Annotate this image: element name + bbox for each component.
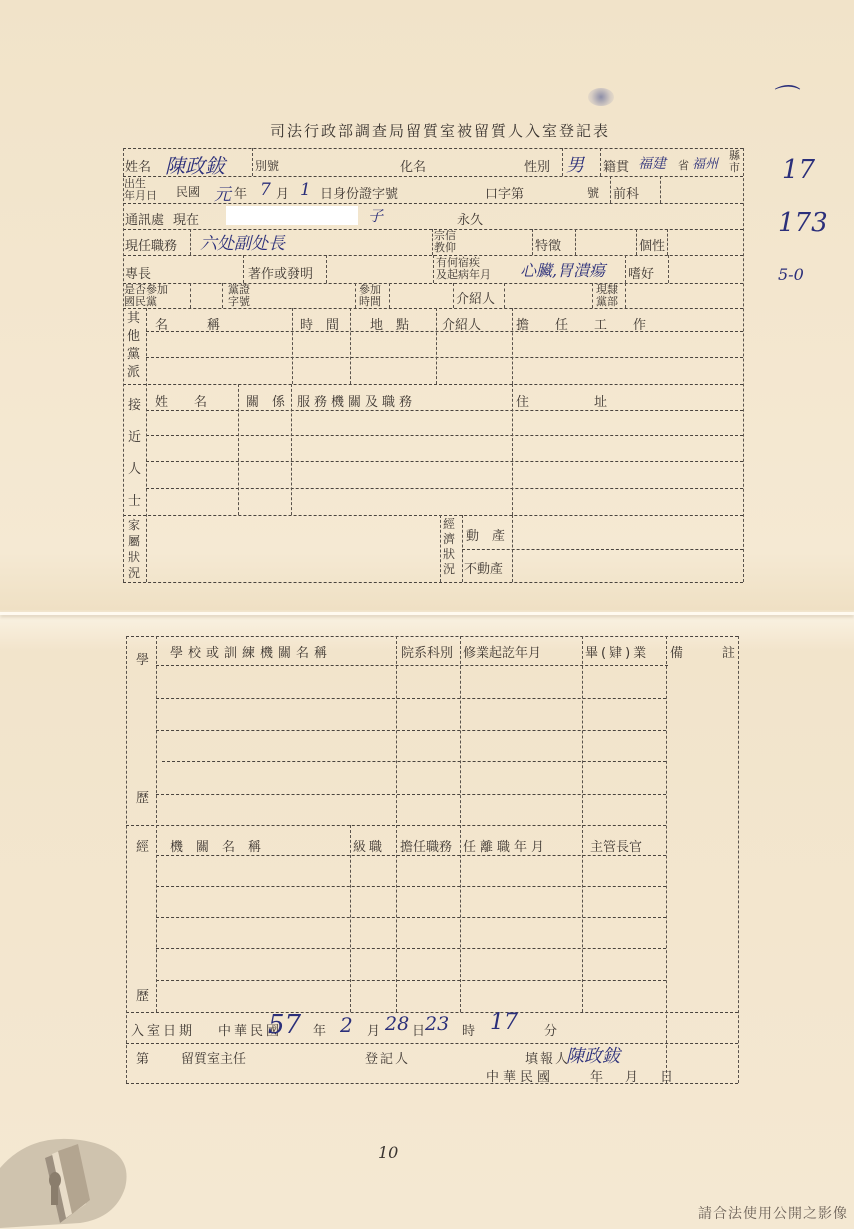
permanent-address-label: 永久 (457, 209, 483, 228)
birth-day-value[interactable]: 1 (300, 180, 311, 200)
archive-logo-icon (0, 1128, 140, 1228)
hobby-label: 嗜好 (628, 263, 654, 282)
party-card-label: 黨證字號 (228, 284, 250, 308)
reporter-label: 填報人 (525, 1048, 570, 1067)
education-side-bottom: 歷 (136, 787, 149, 806)
era-label: 民國 (176, 183, 200, 200)
year-label: 年 (234, 183, 247, 202)
birth-year-value[interactable]: 元 (214, 180, 231, 205)
career-header-rank: 級職 (353, 836, 385, 855)
join-time-label: 參加時間 (359, 284, 381, 308)
entry-day-value[interactable]: 28 (385, 1013, 409, 1035)
criminal-record-label: 前科 (613, 183, 639, 202)
entry-month-value[interactable]: 2 (340, 1013, 353, 1037)
other-party-header-introducer: 介紹人 (442, 314, 481, 333)
reporter-signature[interactable]: 陳政鈸 (566, 1042, 620, 1068)
other-party-header-work: 擔 任 工 作 (516, 314, 646, 333)
movable-property-label: 動 產 (466, 525, 505, 544)
current-address-label: 現在 (173, 209, 199, 228)
works-label: 著作或發明 (248, 263, 313, 282)
entry-minute-label: 分 (544, 1020, 557, 1039)
origin-province-value[interactable]: 福建 (638, 153, 666, 173)
other-party-header-time: 時 間 (300, 314, 339, 333)
entry-day-label: 日 (412, 1020, 425, 1039)
family-side-label: 家 屬 狀 況 (128, 517, 140, 581)
county-label: 縣市 (729, 150, 740, 174)
associates-header-relation: 關 係 (246, 391, 285, 410)
education-header-graduation: 畢(肄)業 (585, 642, 649, 661)
party-branch-label: 現隸黨部 (596, 284, 618, 308)
footer-year-label: 年 (590, 1066, 603, 1085)
current-job-label: 現任職務 (125, 235, 177, 254)
pseudonym-label: 化名 (400, 156, 426, 175)
career-side-bottom: 歷 (136, 985, 149, 1004)
page-number: 10 (378, 1143, 398, 1162)
margin-note-3: 5-0 (778, 265, 804, 284)
other-party-header-place: 地 點 (370, 314, 409, 333)
entry-year-label: 年 (313, 1020, 326, 1039)
economic-status-label: 經 濟 狀 況 (443, 517, 455, 577)
other-party-side-label: 其 他 黨 派 (127, 310, 140, 382)
introducer-label: 介紹人 (456, 288, 495, 307)
footer-era-label: 中華民國 (486, 1066, 554, 1085)
name-label: 姓名 (125, 156, 151, 175)
associates-side-label: 接 近 人 士 (128, 390, 141, 518)
education-header-remarks: 備 註 (670, 642, 735, 661)
entry-year-value[interactable]: 57 (268, 1010, 301, 1040)
birth-month-value[interactable]: 7 (260, 180, 271, 200)
margin-note-mark: ⌒ (770, 78, 796, 115)
margin-note-2: 173 (778, 208, 828, 238)
footer-day-label: 日 (660, 1066, 673, 1085)
disease-value[interactable]: 心臟,胃潰瘍 (520, 258, 605, 281)
religion-label: 宗信教仰 (434, 230, 456, 254)
features-label: 特徵 (535, 235, 561, 254)
career-header-tenure: 任離職年月 (463, 836, 548, 855)
paper-fold-line (0, 612, 854, 615)
education-header-school: 學校或訓練機關名稱 (170, 642, 332, 661)
sex-label: 性別 (524, 156, 550, 175)
alias-label: 別號 (255, 157, 279, 174)
redacted-address (226, 206, 358, 225)
id-suffix-label: 號 (587, 184, 599, 201)
associates-header-employer: 服務機關及職務 (297, 391, 416, 410)
usage-watermark: 請合法使用公開之影像 (698, 1203, 848, 1223)
current-job-value[interactable]: 六处副处長 (200, 229, 285, 254)
entry-date-label: 入室日期 (131, 1020, 195, 1039)
origin-county-value[interactable]: 福州 (692, 153, 718, 172)
education-header-department: 院系科別 (401, 642, 453, 661)
specialty-label: 專長 (125, 263, 151, 282)
entry-minute-value[interactable]: 17 (490, 1010, 518, 1035)
name-value[interactable]: 陳政鈸 (165, 150, 225, 179)
disease-label: 有何宿疾及起病年月 (436, 257, 491, 281)
kmt-member-label: 是否參加國民黨 (124, 284, 168, 308)
province-label: 省 (678, 157, 689, 173)
room-chief-label: 留質室主任 (181, 1048, 246, 1067)
career-header-supervisor: 主管長官 (590, 836, 642, 855)
entry-hour-value[interactable]: 23 (425, 1013, 449, 1035)
career-side-top: 經 (136, 836, 149, 855)
form-title: 司法行政部調查局留質室被留質人入室登記表 (270, 120, 610, 141)
entry-hour-label: 時 (462, 1020, 475, 1039)
footer-month-label: 月 (625, 1066, 638, 1085)
margin-note-1: 17 (782, 155, 815, 185)
associates-header-name: 姓 名 (155, 391, 207, 410)
month-label: 月 (276, 183, 289, 202)
personality-label: 個性 (639, 235, 665, 254)
entry-month-label: 月 (367, 1020, 380, 1039)
id-mid-label: 口字第 (485, 183, 524, 202)
associates-header-address: 住 址 (516, 391, 607, 410)
origin-label: 籍貫 (603, 156, 629, 175)
serial-no-label: 第 (136, 1048, 149, 1067)
contact-label: 通訊處 (125, 209, 164, 228)
day-id-label: 日身份證字號 (320, 183, 398, 202)
education-side-top: 學 (136, 649, 149, 668)
registrar-label: 登記人 (365, 1048, 410, 1067)
education-header-period: 修業起訖年月 (463, 642, 541, 661)
career-header-duty: 擔任職務 (400, 836, 452, 855)
career-header-agency: 機 關 名 稱 (170, 836, 261, 855)
sex-value[interactable]: 男 (566, 151, 584, 177)
ink-smudge (588, 88, 614, 106)
other-party-header-name: 名 稱 (155, 314, 220, 333)
current-address-tail[interactable]: 子 (368, 205, 383, 226)
immovable-property-label: 不動產 (464, 558, 503, 577)
birth-label: 出生年月日 (124, 178, 157, 202)
